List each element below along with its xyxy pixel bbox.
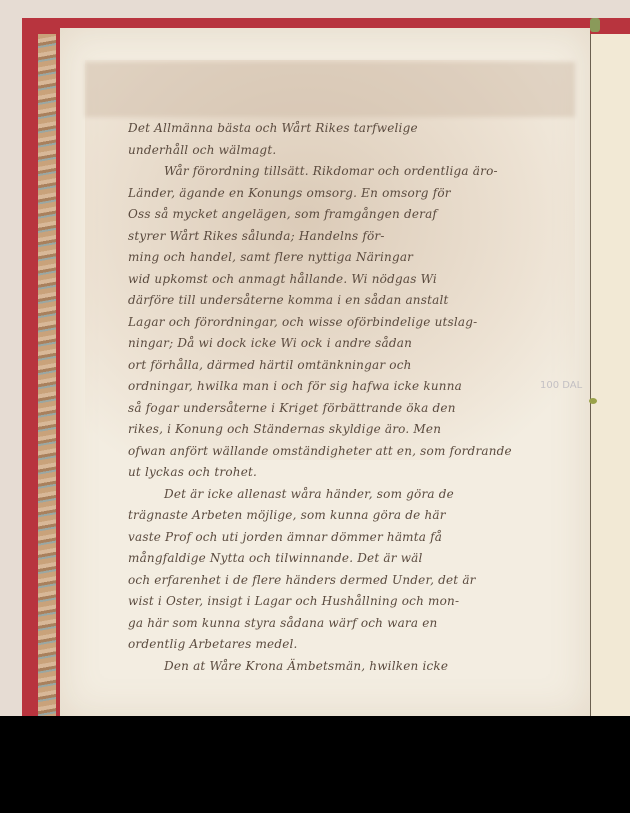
binding-thread <box>590 18 600 32</box>
manuscript-line: Wår förordning tillsätt. Rikdomar och or… <box>128 161 548 183</box>
marbled-edge <box>38 34 56 716</box>
manuscript-line: ut lyckas och trohet. <box>128 462 548 484</box>
binding-pin <box>589 398 597 404</box>
manuscript-line: Det är icke allenast wåra händer, som gö… <box>128 484 548 506</box>
facing-page-edge <box>590 34 630 716</box>
manuscript-line: och erfarenhet i de flere händers dermed… <box>128 570 548 592</box>
manuscript-line: Den at Wåre Krona Ämbetsmän, hwilken ick… <box>128 656 548 678</box>
manuscript-line: styrer Wårt Rikes sålunda; Handelns för- <box>128 226 548 248</box>
manuscript-line: rikes, i Konung och Ständernas skyldige … <box>128 419 548 441</box>
manuscript-line: så fogar undersåterne i Kriget förbättra… <box>128 398 548 420</box>
manuscript-line: ordentlig Arbetares medel. <box>128 634 548 656</box>
manuscript-line: ningar; Då wi dock icke Wi ock i andre s… <box>128 333 548 355</box>
manuscript-line: ordningar, hwilka man i och för sig hafw… <box>128 376 548 398</box>
manuscript-line: underhåll och wälmagt. <box>128 140 548 162</box>
manuscript-line: Länder, ägande en Konungs omsorg. En oms… <box>128 183 548 205</box>
manuscript-line: vaste Prof och uti jorden ämnar dömmer h… <box>128 527 548 549</box>
manuscript-line: Det Allmänna bästa och Wårt Rikes tarfwe… <box>128 118 548 140</box>
manuscript-line: Oss så mycket angelägen, som framgången … <box>128 204 548 226</box>
manuscript-line: wid upkomst och anmagt hållande. Wi nödg… <box>128 269 548 291</box>
manuscript-line: ofwan anfört wällande omständigheter att… <box>128 441 548 463</box>
water-stain-top <box>85 62 575 117</box>
manuscript-line: wist i Oster, insigt i Lagar och Hushåll… <box>128 591 548 613</box>
manuscript-line: trägnaste Arbeten möjlige, som kunna gör… <box>128 505 548 527</box>
black-footer-bar <box>0 716 630 813</box>
handwritten-text-block: Det Allmänna bästa och Wårt Rikes tarfwe… <box>128 118 548 677</box>
manuscript-line: Lagar och förordningar, och wisse oförbi… <box>128 312 548 334</box>
manuscript-line: ming och handel, samt flere nyttiga Näri… <box>128 247 548 269</box>
manuscript-photo: 100 DAL Det Allmänna bästa och Wårt Rike… <box>0 0 630 716</box>
manuscript-line: därföre till undersåterne komma i en såd… <box>128 290 548 312</box>
manuscript-line: ga här som kunna styra sådana wärf och w… <box>128 613 548 635</box>
manuscript-line: mångfaldige Nytta och tilwinnande. Det ä… <box>128 548 548 570</box>
manuscript-line: ort förhålla, därmed härtil omtänkningar… <box>128 355 548 377</box>
